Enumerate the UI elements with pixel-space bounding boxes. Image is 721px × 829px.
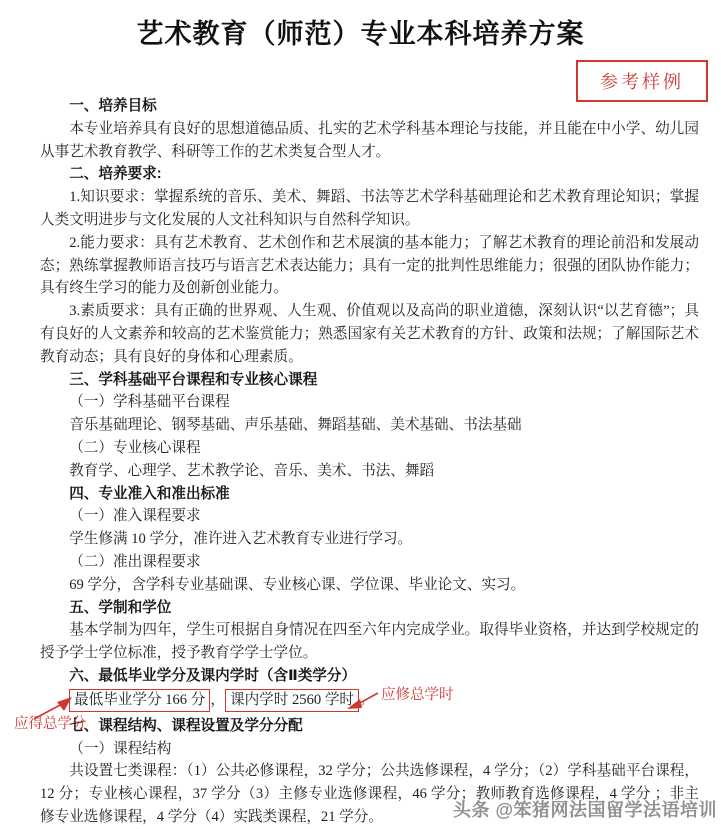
section-4-heading: 四、专业准入和准出标准: [40, 483, 699, 506]
section-4-exit-requirement: 69 学分，含学科专业基础课、专业核心课、学位课、毕业论文、实习。: [40, 574, 699, 597]
min-credits-value: 最低毕业学分 166 分: [74, 692, 205, 708]
section-4-subheading-1: （一）准入课程要求: [40, 505, 699, 528]
section-2-ability-paragraph: 2.能力要求：具有艺术教育、艺术创作和艺术展演的基本能力；了解艺术教育的理论前沿…: [40, 232, 699, 300]
credits-separator: ，: [210, 692, 225, 708]
reference-sample-stamp-label: 参考样例: [600, 68, 684, 94]
watermark-text: 头条 @笨猪网法国留学法语培训: [453, 796, 717, 822]
credits-annotation-zone: 最低毕业学分 166 分 ， 课内学时 2560 学时 。 应修总学时 应得总学…: [40, 688, 699, 738]
total-credits-annotation: 应得总学分: [14, 715, 87, 733]
section-2-quality-paragraph: 3.素质要求：具有正确的世界观、人生观、价值观以及高尚的职业道德，深刻认识“以艺…: [40, 300, 699, 368]
section-3-course-list-1: 音乐基础理论、钢琴基础、声乐基础、舞蹈基础、美术基础、书法基础: [40, 414, 699, 437]
class-hours-box: 课内学时 2560 学时: [225, 689, 359, 712]
document-page: 艺术教育（师范）专业本科培养方案 参考样例 一、培养目标 本专业培养具有良好的思…: [0, 0, 721, 829]
section-4-entry-requirement: 学生修满 10 学分，准许进入艺术教育专业进行学习。: [40, 528, 699, 551]
section-7-heading: 七、课程结构、课程设置及学分分配: [40, 715, 699, 738]
red-arrow-left-icon: [344, 690, 380, 714]
section-3-subheading-2: （二）专业核心课程: [40, 437, 699, 460]
reference-sample-stamp: 参考样例: [576, 60, 708, 102]
section-4-subheading-2: （二）准出课程要求: [40, 551, 699, 574]
section-1-paragraph: 本专业培养具有良好的思想道德品质、扎实的艺术学科基本理论与技能，并且能在中小学、…: [40, 118, 699, 164]
min-credits-box: 最低毕业学分 166 分: [69, 689, 210, 712]
section-7-subheading-1: （一）课程结构: [40, 738, 699, 761]
document-title: 艺术教育（师范）专业本科培养方案: [0, 0, 721, 51]
section-2-heading: 二、培养要求:: [40, 163, 699, 186]
section-5-paragraph: 基本学制为四年，学生可根据自身情况在四至六年内完成学业。取得毕业资格，并达到学校…: [40, 619, 699, 665]
section-2-knowledge-paragraph: 1.知识要求：掌握系统的音乐、美术、舞蹈、书法等艺术学科基础理论和艺术教育理论知…: [40, 186, 699, 232]
section-6-heading: 六、最低毕业学分及课内学时（含Ⅱ类学分）: [40, 665, 699, 688]
section-3-heading: 三、学科基础平台课程和专业核心课程: [40, 369, 699, 392]
section-5-heading: 五、学制和学位: [40, 597, 699, 620]
section-3-subheading-1: （一）学科基础平台课程: [40, 391, 699, 414]
total-hours-annotation: 应修总学时: [381, 686, 454, 704]
document-body: 一、培养目标 本专业培养具有良好的思想道德品质、扎实的艺术学科基本理论与技能，并…: [40, 95, 699, 829]
section-3-course-list-2: 教育学、心理学、艺术教学论、音乐、美术、书法、舞蹈: [40, 460, 699, 483]
class-hours-value: 课内学时 2560 学时: [230, 692, 354, 708]
